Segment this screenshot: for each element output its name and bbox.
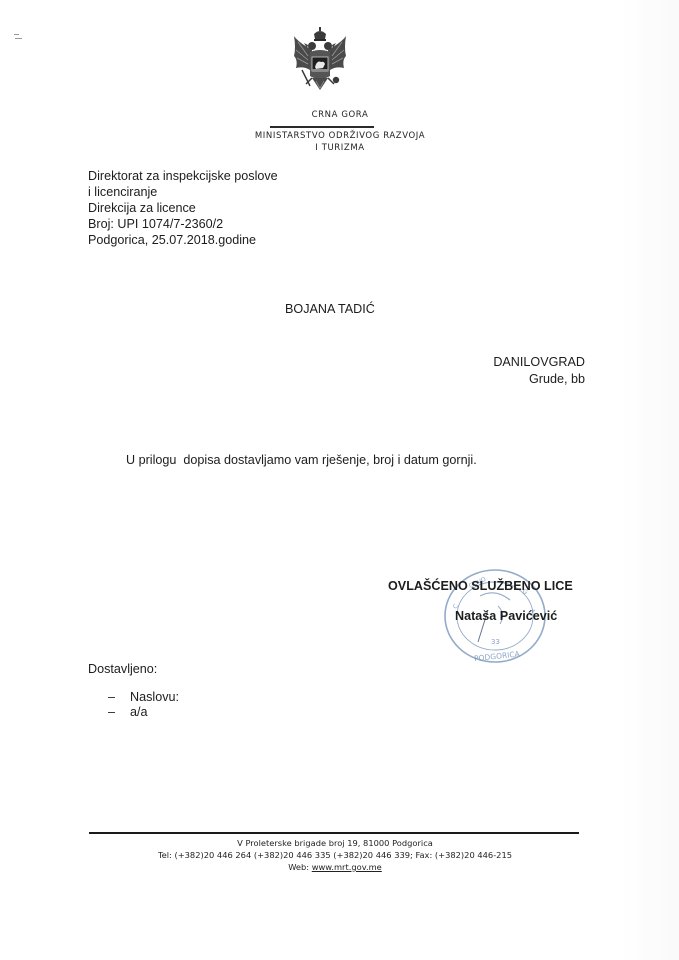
footer-divider — [89, 832, 579, 834]
sender-directorate-cont: i licenciranje — [88, 184, 278, 200]
signature-title: OVLAŠĆENO SLUŽBENO LICE — [388, 579, 573, 593]
margin-marks — [14, 34, 22, 48]
svg-text:33: 33 — [491, 638, 500, 646]
dash-bullet: – — [108, 690, 130, 705]
list-item: –a/a — [108, 705, 179, 720]
ministry-name-line1: MINISTARSTVO ODRŽIVOG RAZVOJA — [200, 131, 480, 141]
recipient-city: DANILOVGRAD — [493, 355, 585, 369]
ministry-name-line2: I TURIZMA — [200, 143, 480, 153]
svg-text:PODGORICA: PODGORICA — [474, 649, 521, 663]
country-name: CRNA GORA — [200, 110, 480, 120]
footer-phone: Tel: (+382)20 446 264 (+382)20 446 335 (… — [80, 850, 590, 860]
footer-web: Web: www.mrt.gov.me — [80, 862, 590, 872]
reference-number: Broj: UPI 1074/7-2360/2 — [88, 216, 278, 232]
delivered-item-label: a/a — [130, 705, 148, 719]
list-item: –Naslovu: — [108, 690, 179, 705]
coat-of-arms-icon — [290, 26, 350, 100]
website-link[interactable]: www.mrt.gov.me — [312, 862, 382, 872]
page-edge-shade — [619, 0, 679, 960]
delivered-list: –Naslovu: –a/a — [108, 690, 179, 720]
delivered-item-label: Naslovu: — [130, 690, 179, 704]
recipient-street: Grude, bb — [529, 372, 585, 386]
dash-bullet: – — [108, 705, 130, 720]
footer-address: V Proleterske brigade broj 19, 81000 Pod… — [80, 838, 590, 848]
place-and-date: Podgorica, 25.07.2018.godine — [88, 232, 278, 248]
recipient-name: BOJANA TADIĆ — [285, 302, 375, 316]
sender-directorate: Direktorat za inspekcijske poslove — [88, 168, 278, 184]
header-divider — [270, 126, 374, 128]
letter-body: U prilogu dopisa dostavljamo vam rješenj… — [126, 453, 477, 467]
delivered-label: Dostavljeno: — [88, 662, 157, 676]
sender-block: Direktorat za inspekcijske poslove i lic… — [88, 168, 278, 248]
document-page: CRNA GORA MINISTARSTVO ODRŽIVOG RAZVOJA … — [0, 0, 679, 960]
signatory-name: Nataša Pavićević — [455, 609, 557, 623]
footer-web-label: Web: — [288, 862, 312, 872]
sender-department: Direkcija za licence — [88, 200, 278, 216]
